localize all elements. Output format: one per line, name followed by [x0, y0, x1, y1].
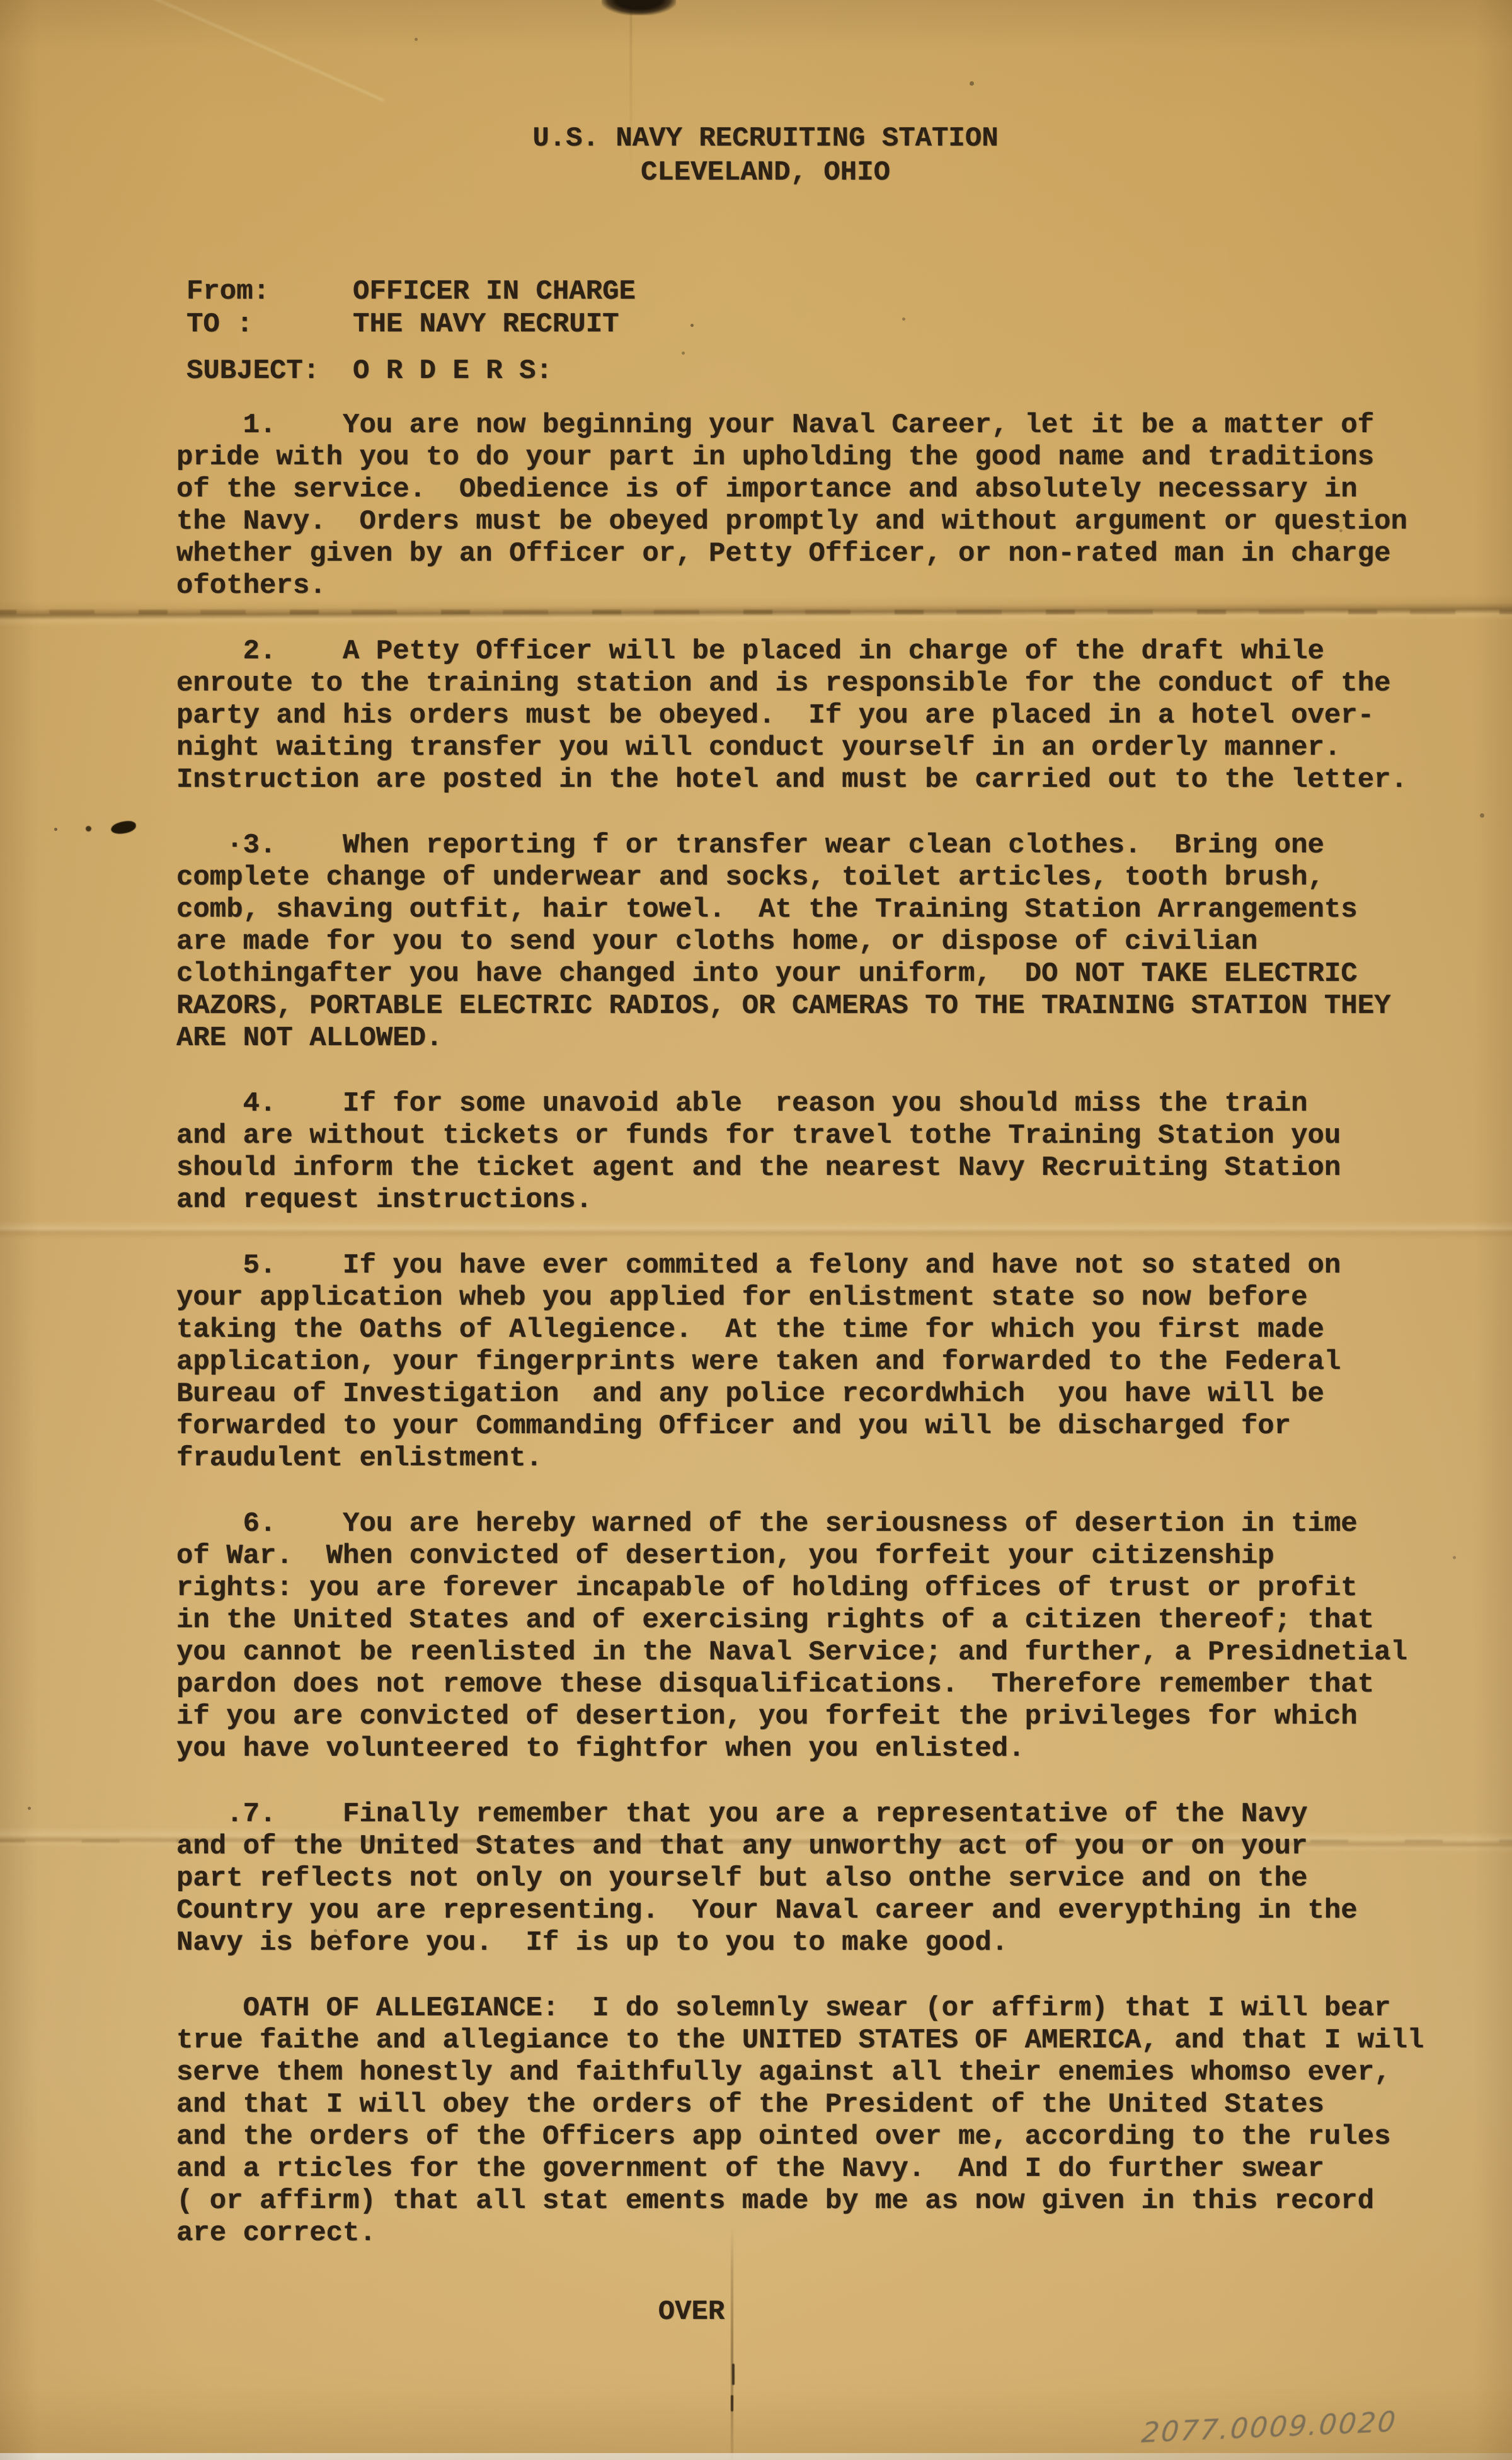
- ink-blob-left-margin: [110, 820, 137, 835]
- typed-paragraph-7: .7. Finally remember that you are a repr…: [176, 1799, 1474, 1959]
- typed-line: complete change of underwear and socks, …: [176, 862, 1474, 894]
- typed-line: party and his orders must be obeyed. If …: [176, 700, 1474, 732]
- typed-line: 5. If you have ever commited a felony an…: [176, 1250, 1474, 1282]
- from-line: From: OFFICER IN CHARGE: [186, 276, 636, 308]
- ink-dot-left-margin: [86, 826, 91, 832]
- typed-paragraph-2: 2. A Petty Officer will be placed in cha…: [176, 636, 1474, 796]
- letterhead-line-1: U.S. NAVY RECRUITING STATION: [0, 123, 1512, 155]
- typed-line: your application wheb you applied for en…: [176, 1282, 1474, 1314]
- typed-line: application, your fingerprints were take…: [176, 1346, 1474, 1378]
- typed-paragraph-4: 4. If for some unavoid able reason you s…: [176, 1088, 1474, 1216]
- typed-line: and that I will obey the orders of the P…: [176, 2089, 1474, 2121]
- to-line: TO : THE NAVY RECRUIT: [186, 309, 619, 341]
- letterhead-line-2: CLEVELAND, OHIO: [0, 157, 1512, 189]
- typed-line: ofothers.: [176, 570, 1474, 602]
- typed-line: ( or affirm) that all stat ements made b…: [176, 2185, 1474, 2217]
- over-label: OVER: [0, 2296, 1383, 2328]
- typed-line: are made for you to send your cloths hom…: [176, 926, 1474, 958]
- typed-line: serve them honestly and faithfully again…: [176, 2057, 1474, 2089]
- crease-ink-dash: [731, 2395, 733, 2411]
- typed-line: of War. When convicted of desertion, you…: [176, 1540, 1474, 1572]
- typed-line: 4. If for some unavoid able reason you s…: [176, 1088, 1474, 1120]
- typed-line: ARE NOT ALLOWED.: [176, 1022, 1474, 1055]
- typed-line: of the service. Obedience is of importan…: [176, 474, 1474, 506]
- scan-edge-sliver: [0, 2453, 1512, 2460]
- scanned-letter-page: U.S. NAVY RECRUITING STATION CLEVELAND, …: [0, 0, 1512, 2460]
- typed-line: and a rticles for the government of the …: [176, 2153, 1474, 2185]
- typed-line: Instruction are posted in the hotel and …: [176, 764, 1474, 796]
- typed-line: and are without tickets or funds for tra…: [176, 1120, 1474, 1152]
- typed-line: clothingafter you have changed into your…: [176, 958, 1474, 990]
- typed-line: 2. A Petty Officer will be placed in cha…: [176, 636, 1474, 668]
- typed-line: you have volunteered to fightfor when yo…: [176, 1733, 1474, 1765]
- subject-line: SUBJECT: O R D E R S:: [186, 355, 553, 387]
- typed-line: the Navy. Orders must be obeyed promptly…: [176, 506, 1474, 538]
- paper-flecks: [0, 0, 3, 3]
- corner-crease: [107, 0, 384, 101]
- typed-line: pardon does not remove these disqualific…: [176, 1669, 1474, 1701]
- typed-line: rights: you are forever incapable of hol…: [176, 1572, 1474, 1605]
- typed-line: ·3. When reporting f or transfer wear cl…: [176, 830, 1474, 862]
- typed-line: Country you are representing. Your Naval…: [176, 1895, 1474, 1927]
- ink-blotch-top-edge: [602, 0, 676, 15]
- typed-line: forwarded to your Commanding Officer and…: [176, 1410, 1474, 1443]
- crease-ink-dash: [732, 2364, 735, 2385]
- typed-line: taking the Oaths of Allegience. At the t…: [176, 1314, 1474, 1346]
- typed-line: fraudulent enlistment.: [176, 1443, 1474, 1475]
- typed-paragraph-1: 1. You are now beginning your Naval Care…: [176, 409, 1474, 602]
- typed-line: in the United States and of exercising r…: [176, 1605, 1474, 1637]
- typed-paragraph-6: 6. You are hereby warned of the seriousn…: [176, 1508, 1474, 1765]
- typed-paragraph-3: ·3. When reporting f or transfer wear cl…: [176, 830, 1474, 1055]
- typed-paragraph-8: OATH OF ALLEGIANCE: I do solemnly swear …: [176, 1993, 1474, 2250]
- typed-line: Bureau of Investigation and any police r…: [176, 1378, 1474, 1410]
- catalog-number-handwritten: 2077.0009.0020: [1140, 2406, 1399, 2449]
- typed-line: Navy is before you. If is up to you to m…: [176, 1927, 1474, 1959]
- typed-line: are correct.: [176, 2217, 1474, 2250]
- typed-line: RAZORS, PORTABLE ELECTRIC RADIOS, OR CAM…: [176, 990, 1474, 1022]
- typed-line: whether given by an Officer or, Petty Of…: [176, 538, 1474, 570]
- typed-line: part reflects not only on yourself but a…: [176, 1863, 1474, 1895]
- typed-line: comb, shaving outfit, hair towel. At the…: [176, 894, 1474, 926]
- typed-line: should inform the ticket agent and the n…: [176, 1152, 1474, 1184]
- document-body: 1. You are now beginning your Naval Care…: [176, 409, 1474, 2283]
- typed-line: you cannot be reenlisted in the Naval Se…: [176, 1637, 1474, 1669]
- typed-line: pride with you to do your part in uphold…: [176, 442, 1474, 474]
- typed-paragraph-5: 5. If you have ever commited a felony an…: [176, 1250, 1474, 1475]
- typed-line: night waiting transfer you will conduct …: [176, 732, 1474, 764]
- typed-line: OATH OF ALLEGIANCE: I do solemnly swear …: [176, 1993, 1474, 2025]
- typed-line: 6. You are hereby warned of the seriousn…: [176, 1508, 1474, 1540]
- typed-line: and of the United States and that any un…: [176, 1831, 1474, 1863]
- typed-line: enroute to the training station and is r…: [176, 668, 1474, 700]
- typed-line: and the orders of the Officers app ointe…: [176, 2121, 1474, 2153]
- typed-line: .7. Finally remember that you are a repr…: [176, 1799, 1474, 1831]
- typed-line: and request instructions.: [176, 1184, 1474, 1216]
- typed-line: 1. You are now beginning your Naval Care…: [176, 409, 1474, 442]
- typed-line: if you are convicted of desertion, you f…: [176, 1701, 1474, 1733]
- typed-line: true faithe and allegiance to the UNITED…: [176, 2025, 1474, 2057]
